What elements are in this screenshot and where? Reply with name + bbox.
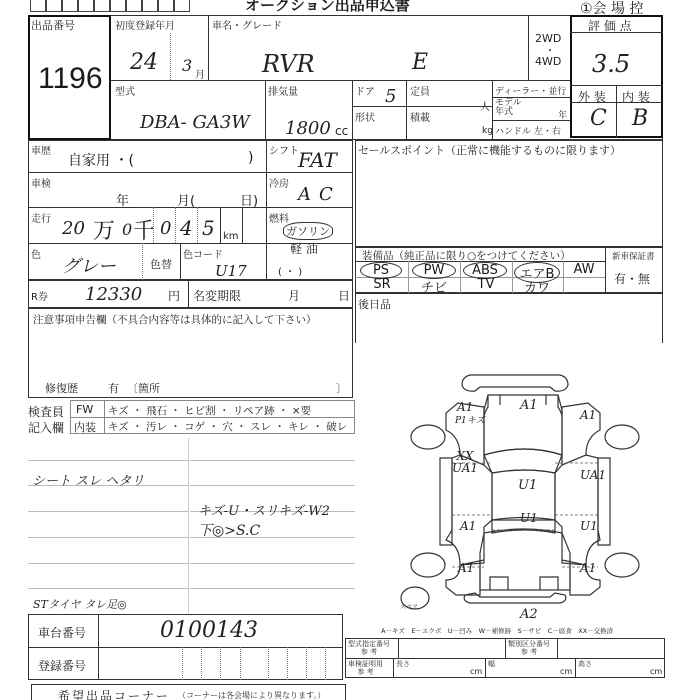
fw-label: FW xyxy=(76,403,93,416)
color-label: 色 xyxy=(31,246,41,261)
note-left-1: シート スレ ヘタリ xyxy=(32,470,144,489)
model-year-label: モデル 年式 xyxy=(495,99,522,117)
mark-roof: U1 xyxy=(518,478,537,493)
divider xyxy=(406,80,407,140)
lot-number: 1196 xyxy=(38,62,103,96)
corner-label: 希望出品コーナー xyxy=(58,687,170,700)
note-line xyxy=(28,511,188,512)
divider xyxy=(505,638,506,658)
equip-tv[interactable]: TV xyxy=(462,277,510,292)
note-line xyxy=(28,537,188,538)
spare-label: スペア xyxy=(400,602,418,611)
divider xyxy=(266,172,353,173)
mileage-digit-3: 5 xyxy=(202,216,215,240)
displacement-value: 1800 xyxy=(285,118,331,139)
drive-4wd[interactable]: 4WD xyxy=(535,55,561,68)
name-change-month: 月 xyxy=(288,287,300,304)
divider xyxy=(557,638,558,658)
shape-label: 形状 xyxy=(355,109,375,124)
width-unit: cm xyxy=(560,667,572,676)
divider xyxy=(180,243,181,280)
mark-front-right: A1 xyxy=(580,408,596,422)
note-line xyxy=(28,588,188,589)
fuel-diesel[interactable]: 軽 油 xyxy=(290,240,318,257)
divider xyxy=(208,15,209,80)
lot-label: 出品番号 xyxy=(31,17,75,33)
divider xyxy=(240,647,241,680)
mark-hood: A1 xyxy=(520,398,538,413)
divider xyxy=(111,80,570,81)
divider xyxy=(220,207,221,243)
color-value: グレー xyxy=(62,252,116,278)
model-value: DBA- GA3W xyxy=(140,112,250,133)
note-right-2: 下◎>S.C xyxy=(198,520,260,540)
doors-label: ドア xyxy=(355,83,375,98)
divider xyxy=(306,647,307,680)
shift-label: シフト xyxy=(269,142,299,157)
top-block xyxy=(28,15,663,140)
category-number-label: 類別区分番号 参 考 xyxy=(508,640,550,656)
divider xyxy=(616,85,617,138)
history-close: ) xyxy=(248,150,253,166)
height-label: 高さ xyxy=(578,659,592,669)
mileage-digit-2: 4 xyxy=(180,216,193,240)
divider xyxy=(28,647,343,648)
inspector-label-1: 検査員 xyxy=(28,403,64,420)
mark-right-front-door: UA1 xyxy=(580,468,606,482)
notes-label: 注意事項申告欄（不具合内容等は具体的に記入して下さい） xyxy=(33,312,317,327)
later-items-block xyxy=(355,293,663,343)
header-box-cells xyxy=(30,0,190,12)
later-items-label: 後日品 xyxy=(358,296,391,312)
repair-location-label: 〔箇所 xyxy=(127,380,160,396)
mark-right-rear-door: U1 xyxy=(580,519,598,533)
type-designation-label: 型式指定番号 参 考 xyxy=(348,640,390,656)
mileage-label: 走行 xyxy=(31,210,51,225)
divider xyxy=(570,102,663,103)
mark-front-left: A1 xyxy=(457,400,473,414)
warranty-value[interactable]: 有・無 xyxy=(614,270,650,287)
repair-location-close: 〕 xyxy=(336,380,347,396)
divider xyxy=(266,207,353,208)
car-name: RVR xyxy=(262,50,315,78)
mark-left-front-door: XX UA1 xyxy=(452,450,478,474)
history-label: 車歴 xyxy=(31,142,51,157)
note-line xyxy=(190,485,355,486)
divider xyxy=(408,261,409,293)
handle-label: ハンドル 左・右 xyxy=(495,124,561,137)
mileage-sen-unit: 千 xyxy=(133,214,155,245)
car-grade: E xyxy=(412,50,428,75)
car-name-label: 車名・グレード xyxy=(212,17,282,32)
divider xyxy=(98,614,99,680)
divider xyxy=(242,207,243,243)
mark-rear-left: A1 xyxy=(458,561,474,575)
mark-rear-bumper: A2 xyxy=(520,607,538,622)
chassis-label: 車台番号 xyxy=(38,624,86,641)
mark-rear-right: A1 xyxy=(580,561,596,575)
note-line xyxy=(28,460,188,461)
fuel-label: 燃料 xyxy=(269,210,289,225)
vehicle-cert-label: 車検証明用 参 考 xyxy=(348,660,383,676)
divider xyxy=(188,280,189,308)
interior-items: キズ ・ 汚レ ・ コゲ ・ 穴 ・ スレ ・ キレ ・ 破レ xyxy=(108,419,347,434)
history-value: 自家用 ・( xyxy=(68,150,134,170)
divider xyxy=(352,80,353,140)
divider xyxy=(175,207,176,243)
model-label: 型式 xyxy=(115,83,135,98)
repair-label: 修復歴 xyxy=(45,380,78,396)
recycle-block xyxy=(28,280,353,308)
exterior-grade: C xyxy=(590,106,607,131)
divider xyxy=(265,80,266,140)
first-registration-year: 24 xyxy=(130,50,158,75)
interior-inspect-label: 内装 xyxy=(74,419,96,435)
divider xyxy=(287,647,288,680)
note-right-1: キズ-U・スリキズ-W2 xyxy=(198,500,330,519)
length-label: 長さ xyxy=(396,659,410,669)
divider xyxy=(201,647,202,680)
divider xyxy=(325,647,326,680)
recycle-value: 12330 xyxy=(85,284,142,305)
warranty-label: 新車保証書 xyxy=(612,250,655,262)
mileage-digit-1: 0 xyxy=(160,218,171,239)
corner-note: （コーナーは各会場により異なります。） xyxy=(178,690,325,700)
mark-front-left-sub: P1キズ xyxy=(455,413,485,426)
dealer-label: ディーラー・並行 xyxy=(495,84,566,97)
mileage-unit: km xyxy=(223,231,239,242)
recycle-label: R券 xyxy=(31,288,48,303)
note-line xyxy=(190,588,355,589)
note-line xyxy=(28,563,188,564)
fuel-other: ( ・ ) xyxy=(278,263,302,278)
color-code: U17 xyxy=(215,262,247,280)
interior-grade: B xyxy=(632,106,648,131)
mark-roof-rear: U1 xyxy=(520,511,538,525)
divider xyxy=(153,207,154,243)
chassis-value: 0100143 xyxy=(160,618,258,643)
divider xyxy=(393,658,394,678)
divider xyxy=(352,106,492,107)
doors-value: 5 xyxy=(385,86,396,107)
displacement-unit: cc xyxy=(335,124,348,138)
form-title: オークション出品申込書 xyxy=(245,0,410,15)
name-change-day: 日 xyxy=(338,287,350,304)
divider xyxy=(170,33,171,80)
displacement-label: 排気量 xyxy=(268,83,298,98)
mileage-man: 20 xyxy=(62,218,85,239)
width-label: 幅 xyxy=(488,659,495,669)
divider xyxy=(104,400,105,434)
load-label: 積載 xyxy=(410,109,430,124)
divider xyxy=(528,15,529,80)
divider xyxy=(575,658,576,678)
divider xyxy=(570,32,663,33)
recycle-unit: 円 xyxy=(168,287,180,304)
capacity-label: 定員 xyxy=(410,83,430,98)
ac-value: AC xyxy=(298,184,341,205)
first-registration-month: 3 xyxy=(182,56,192,75)
color-change-label: 色替 xyxy=(150,256,172,272)
inspection-label: 車検 xyxy=(31,175,51,190)
shift-value: FAT xyxy=(298,148,337,172)
divider xyxy=(492,120,570,121)
color-code-label: 色コード xyxy=(183,246,223,261)
divider xyxy=(460,261,461,293)
mileage-sen: 0 xyxy=(122,220,132,239)
repair-value: 有 xyxy=(108,380,119,396)
inspector-label-2: 記入欄 xyxy=(28,419,64,436)
mileage-man-unit: 万 xyxy=(93,214,115,245)
divider xyxy=(492,80,493,140)
divider xyxy=(485,658,486,678)
registration-label: 登録番号 xyxy=(38,657,86,674)
divider xyxy=(197,207,198,243)
length-unit: cm xyxy=(470,667,482,676)
equip-aw[interactable]: AW xyxy=(562,262,606,277)
mark-left-rear-door: A1 xyxy=(460,519,476,533)
equip-sr[interactable]: SR xyxy=(358,277,406,292)
month-unit: 月 xyxy=(195,66,205,81)
height-unit: cm xyxy=(650,667,662,676)
note-line xyxy=(190,563,355,564)
divider xyxy=(142,243,143,280)
divider xyxy=(398,638,399,658)
fuel-gasoline[interactable]: ガソリン xyxy=(283,222,333,240)
fw-items: キズ ・ 飛石 ・ ヒビ割 ・ リペア跡 ・ ×要 xyxy=(108,403,311,418)
divider xyxy=(268,647,269,680)
note-divider xyxy=(188,438,189,613)
name-change-label: 名変期限 xyxy=(193,287,241,304)
first-registration-label: 初度登録年月 xyxy=(115,17,175,32)
score-value: 3.5 xyxy=(592,50,630,78)
divider xyxy=(220,647,221,680)
divider xyxy=(266,140,267,280)
divider xyxy=(182,647,183,680)
ac-label: 冷房 xyxy=(269,175,289,190)
sale-point-label: セールスポイント（正常に機能するものに限ります） xyxy=(358,142,621,158)
note-line xyxy=(190,460,355,461)
diagram-legend: A－キズ E－エクボ U－凹み W－補修跡 S－サビ C－腐食 XX－交換済 xyxy=(381,626,613,635)
note-bottom: STタイヤ タレ足◎ xyxy=(33,596,127,612)
